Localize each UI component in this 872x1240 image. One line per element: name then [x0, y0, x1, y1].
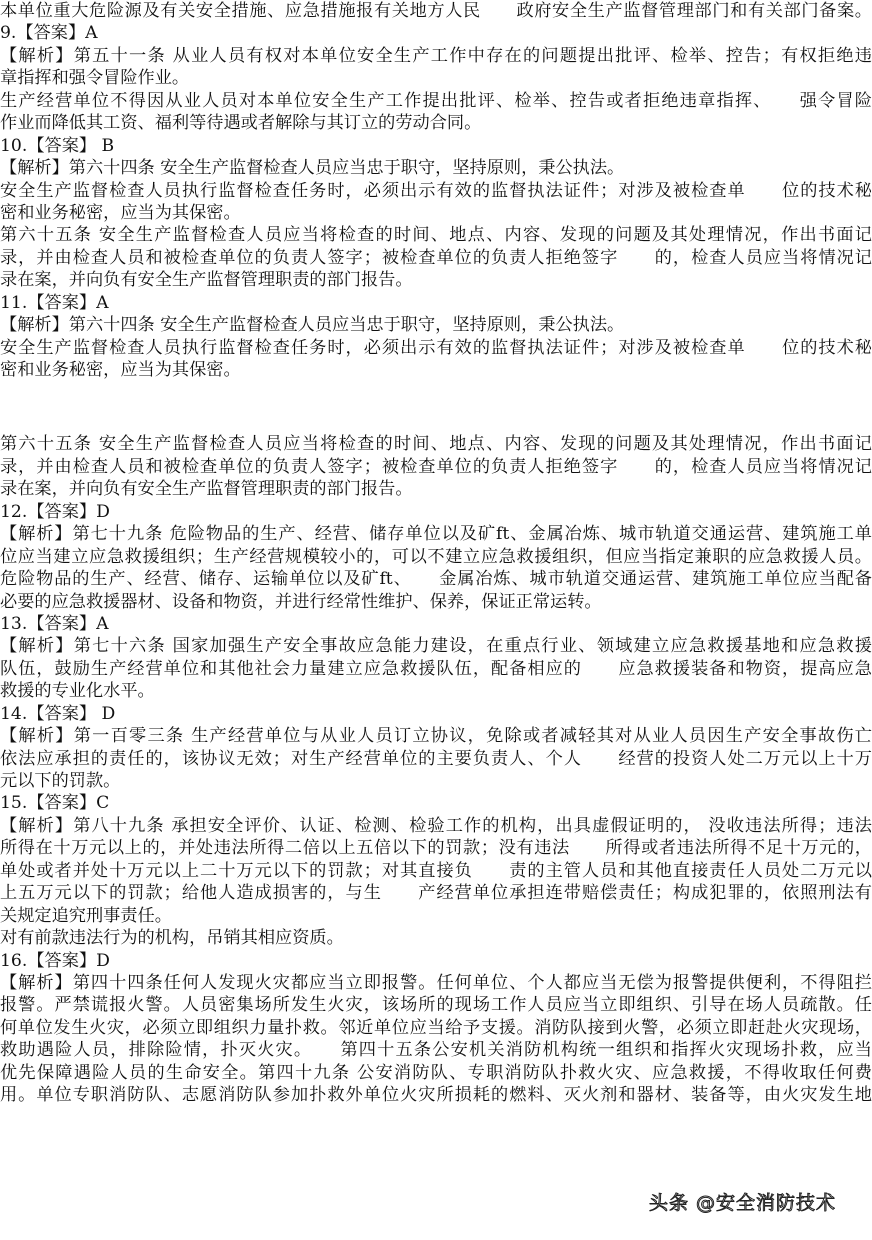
text-line: 上五万元以下的罚款；给他人造成损害的，与生 产经营单位承担连带赔偿责任；构成犯罪… — [0, 882, 872, 904]
analysis-line: 【解析】第一百零三条 生产经营单位与从业人员订立协议，免除或者减轻其对从业人员因… — [0, 725, 872, 747]
analysis-line: 【解析】第七十九条 危险物品的生产、经营、储存单位以及矿ft、金属冶炼、城市轨道… — [0, 523, 872, 545]
answer-heading: 15.【答案】C — [0, 792, 872, 814]
analysis-line: 【解析】第六十四条 安全生产监督检查人员应当忠于职守，坚持原则，秉公执法。 — [0, 314, 872, 336]
analysis-line: 【解析】第八十九条 承担安全评价、认证、检测、检验工作的机构，出具虚假证明的， … — [0, 815, 872, 837]
analysis-line: 【解析】第七十六条 国家加强生产安全事故应急能力建设，在重点行业、领域建立应急救… — [0, 635, 872, 657]
analysis-line: 【解析】第六十四条 安全生产监督检查人员应当忠于职守，坚持原则，秉公执法。 — [0, 157, 872, 179]
analysis-line: 【解析】第五十一条 从业人员有权对本单位安全生产工作中存在的问题提出批评、检举、… — [0, 45, 872, 67]
text-line: 第六十五条 安全生产监督检查人员应当将检查的时间、地点、内容、发现的问题及其处理… — [0, 433, 872, 455]
text-line: 队伍，鼓励生产经营单位和其他社会力量建立应急救援队伍，配备相应的 应急救援装备和… — [0, 658, 872, 680]
text-line: 何单位发生火灾，必须立即组织力量扑救。邻近单位应当给予支援。消防队接到火警，必须… — [0, 1017, 872, 1039]
text-line: 关规定追究刑事责任。 — [0, 905, 872, 927]
text-line: 录在案，并向负有安全生产监督管理职责的部门报告。 — [0, 478, 872, 500]
text-line: 危险物品的生产、经营、储存、运输单位以及矿ft、 金属冶炼、城市轨道交通运营、建… — [0, 568, 872, 590]
answer-heading: 12.【答案】D — [0, 501, 872, 523]
text-line: 用。单位专职消防队、志愿消防队参加扑救外单位火灾所损耗的燃料、灭火剂和器材、装备… — [0, 1084, 872, 1106]
text-line: 对有前款违法行为的机构，吊销其相应资质。 — [0, 927, 872, 949]
watermark-label: 头条 @安全消防技术 — [646, 1188, 839, 1215]
blank-spacer — [0, 381, 872, 433]
answer-heading: 9.【答案】A — [0, 22, 872, 44]
text-line: 录在案，并向负有安全生产监督管理职责的部门报告。 — [0, 269, 872, 291]
text-line: 位应当建立应急救援组织；生产经营规模较小的，可以不建立应急救援组织，但应当指定兼… — [0, 546, 872, 568]
text-line: 章指挥和强令冒险作业。 — [0, 67, 872, 89]
answer-heading: 11.【答案】A — [0, 292, 872, 314]
text-line: 录，并由检查人员和被检查单位的负责人签字；被检查单位的负责人拒绝签字 的，检查人… — [0, 247, 872, 269]
text-line: 安全生产监督检查人员执行监督检查任务时，必须出示有效的监督执法证件；对涉及被检查… — [0, 180, 872, 202]
text-line: 第六十五条 安全生产监督检查人员应当将检查的时间、地点、内容、发现的问题及其处理… — [0, 224, 872, 246]
text-line: 必要的应急救援器材、设备和物资，并进行经常性维护、保养，保证正常运转。 — [0, 591, 872, 613]
text-line: 单处或者并处十万元以上二十万元以下的罚款；对其直接负 责的主管人员和其他直接责任… — [0, 860, 872, 882]
text-line: 救助遇险人员，排除险情，扑灭火灾。 第四十五条公安机关消防机构统一组织和指挥火灾… — [0, 1039, 872, 1061]
answer-heading: 13.【答案】A — [0, 613, 872, 635]
text-line: 报警。严禁谎报火警。人员密集场所发生火灾，该场所的现场工作人员应当立即组织、引导… — [0, 994, 872, 1016]
answer-heading: 16.【答案】D — [0, 950, 872, 972]
answer-heading: 10.【答案】 B — [0, 135, 872, 157]
text-line: 作业而降低其工资、福利等待遇或者解除与其订立的劳动合同。 — [0, 112, 872, 134]
text-line: 录，并由检查人员和被检查单位的负责人签字；被检查单位的负责人拒绝签字 的，检查人… — [0, 456, 872, 478]
text-line: 密和业务秘密，应当为其保密。 — [0, 359, 872, 381]
analysis-line: 【解析】第四十四条任何人发现火灾都应当立即报警。任何单位、个人都应当无偿为报警提… — [0, 972, 872, 994]
text-line: 安全生产监督检查人员执行监督检查任务时，必须出示有效的监督执法证件；对涉及被检查… — [0, 337, 872, 359]
text-line: 所得在十万元以上的，并处违法所得二倍以上五倍以下的罚款；没有违法 所得或者违法所… — [0, 837, 872, 859]
text-line: 本单位重大危险源及有关安全措施、应急措施报有关地方人民 政府安全生产监督管理部门… — [0, 0, 872, 22]
answer-heading: 14.【答案】 D — [0, 703, 872, 725]
text-line: 依法应承担的责任的，该协议无效；对生产经营单位的主要负责人、个人 经营的投资人处… — [0, 748, 872, 770]
text-line: 优先保障遇险人员的生命安全。第四十九条 公安消防队、专职消防队扑救火灾、应急救援… — [0, 1062, 872, 1084]
document-page: 本单位重大危险源及有关安全措施、应急措施报有关地方人民 政府安全生产监督管理部门… — [0, 0, 872, 1107]
text-line: 密和业务秘密，应当为其保密。 — [0, 202, 872, 224]
text-line: 救援的专业化水平。 — [0, 680, 872, 702]
text-line: 元以下的罚款。 — [0, 770, 872, 792]
text-line: 生产经营单位不得因从业人员对本单位安全生产工作提出批评、检举、控告或者拒绝违章指… — [0, 90, 872, 112]
